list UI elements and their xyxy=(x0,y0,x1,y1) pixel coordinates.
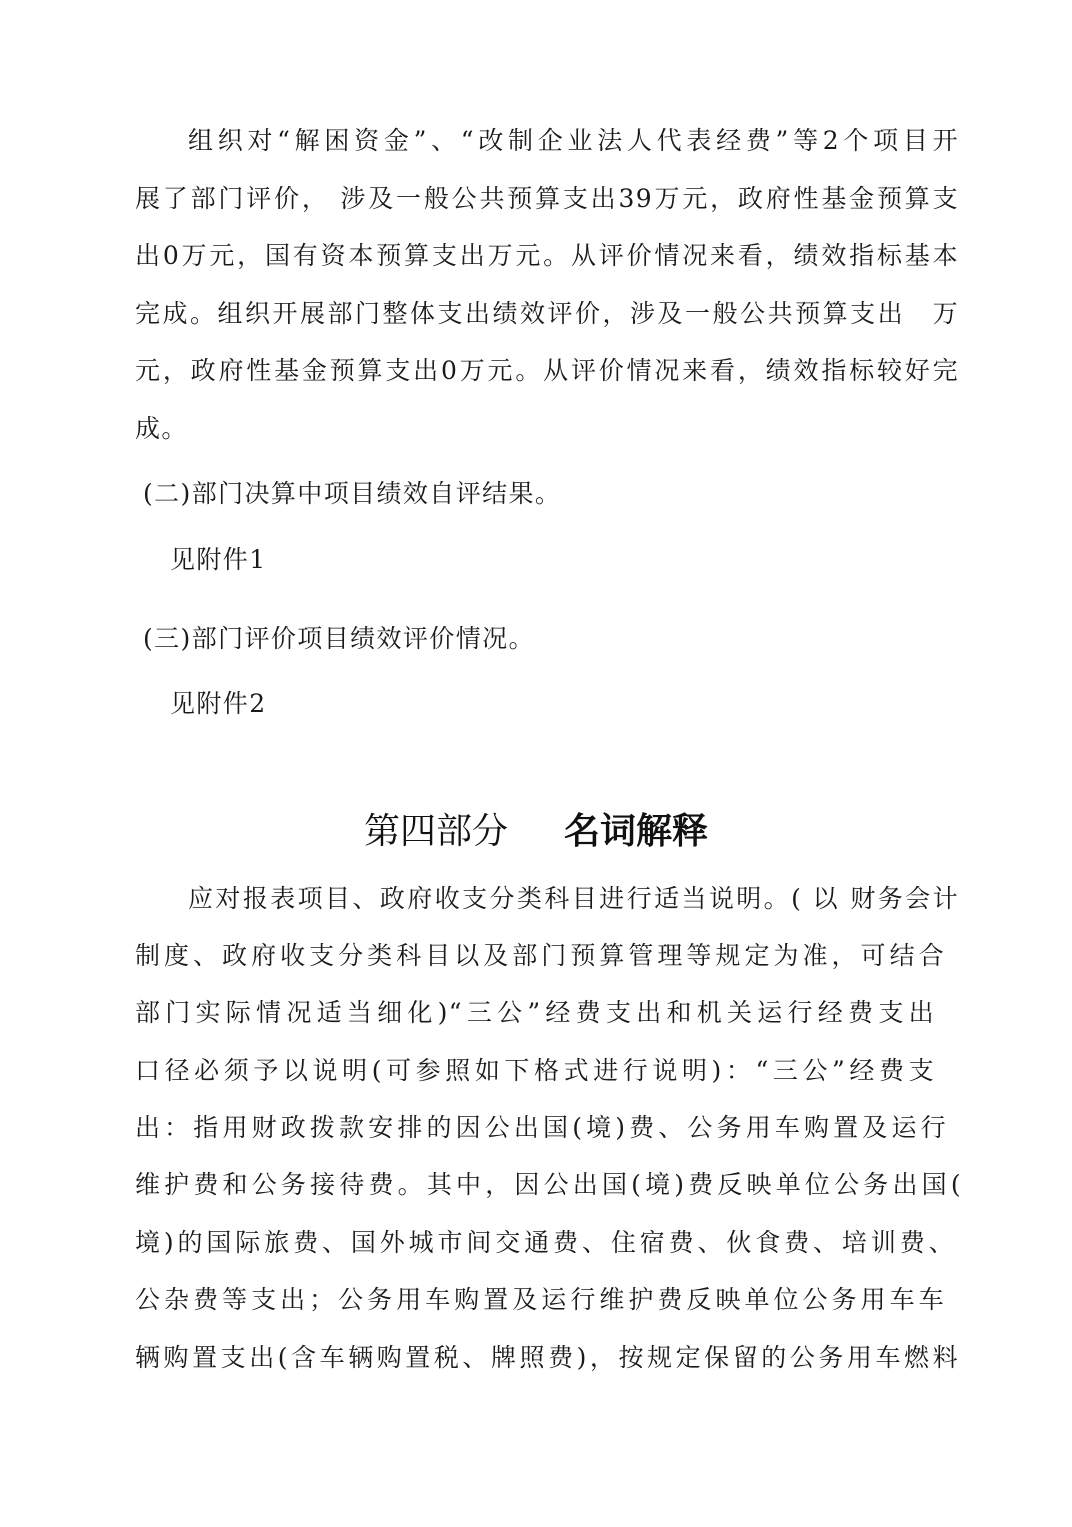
paragraph-line: 制度、政府收支分类科目以及部门预算管理等规定为准，可结合 xyxy=(135,941,945,971)
paragraph-line: 出：指用财政拨款安排的因公出国(境)费、公务用车购置及运行 xyxy=(135,1113,947,1143)
paragraph-line: 展了部门评价， 涉及一般公共预算支出39万元，政府性基金预算支 xyxy=(135,184,959,214)
paragraph-line: 组织对“解困资金”、“改制企业法人代表经费”等2个项目开 xyxy=(188,126,959,156)
paragraph-line: 应对报表项目、政府收支分类科目进行适当说明。( 以 财务会计 xyxy=(188,884,959,914)
paragraph-line: 出0万元，国有资本预算支出万元。从评价情况来看，绩效指标基本 xyxy=(135,241,959,271)
paragraph-line: 部门实际情况适当细化)“三公”经费支出和机关运行经费支出 xyxy=(135,998,935,1028)
section-title: 名词解释 xyxy=(564,811,708,852)
paragraph-line: 境)的国际旅费、国外城市间交通费、住宿费、伙食费、培训费、 xyxy=(135,1228,955,1258)
paragraph-line: 完成。组织开展部门整体支出绩效评价，涉及一般公共预算支出 万 xyxy=(135,299,959,329)
paragraph-line: 维护费和公务接待费。其中，因公出国(境)费反映单位公务出国( xyxy=(135,1170,962,1200)
paragraph-line: 辆购置支出(含车辆购置税、牌照费)，按规定保留的公务用车燃料 xyxy=(135,1343,959,1373)
attachment-reference-1: 见附件1 xyxy=(170,545,267,575)
section-number: 第四部分 xyxy=(364,811,508,852)
paragraph-line: 成。 xyxy=(135,414,188,444)
subsection-title-department-evaluation: (三)部门评价项目绩效评价情况。 xyxy=(143,624,535,654)
section-heading: 第四部分名词解释 xyxy=(0,812,1072,852)
paragraph-line: 公杂费等支出；公务用车购置及运行维护费反映单位公务用车车 xyxy=(135,1285,945,1315)
paragraph-line: 口径必须予以说明(可参照如下格式进行说明)：“三公”经费支 xyxy=(135,1056,935,1086)
subsection-title-self-evaluation: (二)部门决算中项目绩效自评结果。 xyxy=(143,479,561,509)
paragraph-line: 元，政府性基金预算支出0万元。从评价情况来看，绩效指标较好完 xyxy=(135,356,959,386)
document-page: 组织对“解困资金”、“改制企业法人代表经费”等2个项目开 展了部门评价， 涉及一… xyxy=(0,0,1072,1527)
attachment-reference-2: 见附件2 xyxy=(170,689,267,719)
